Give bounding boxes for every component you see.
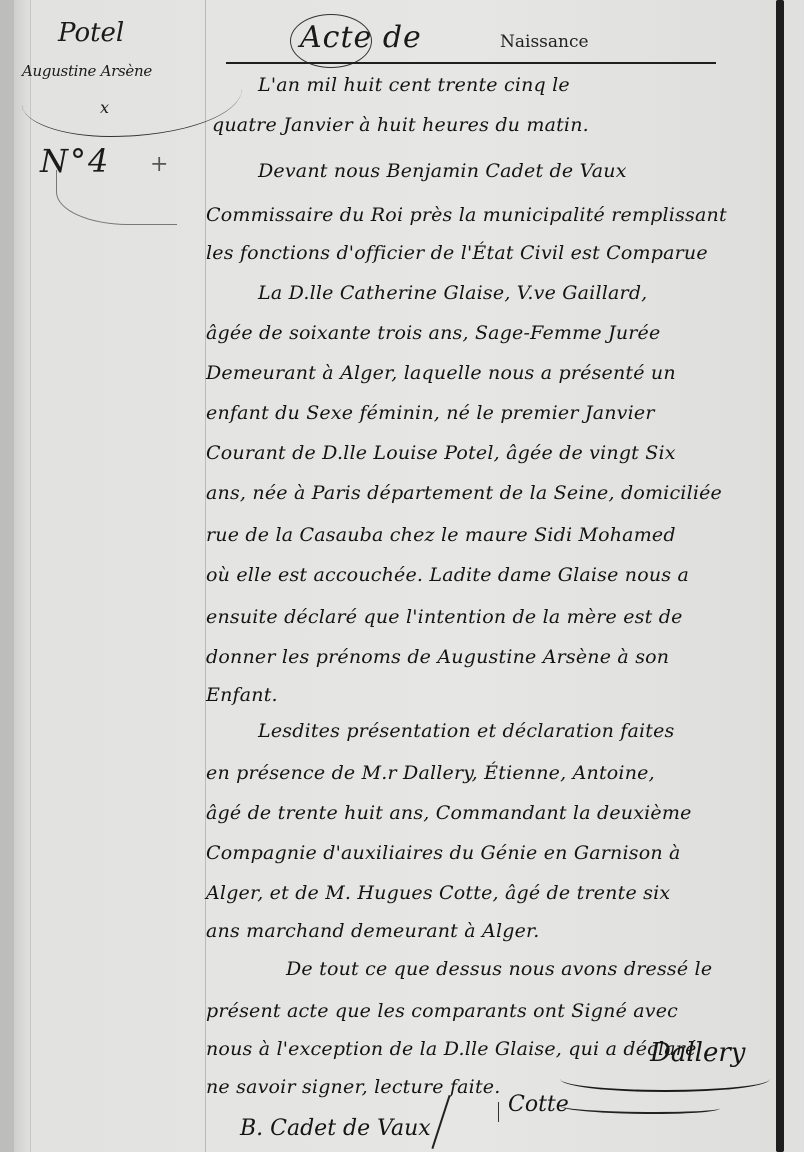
margin-surname: Potel xyxy=(58,18,124,48)
body-line: De tout ce que dessus nous avons dressé … xyxy=(286,958,712,980)
body-line: Lesdites présentation et déclaration fai… xyxy=(258,720,675,742)
body-line: les fonctions d'officier de l'État Civil… xyxy=(206,242,708,264)
body-line: Alger, et de M. Hugues Cotte, âgé de tre… xyxy=(206,882,670,904)
body-line: ans, née à Paris département de la Seine… xyxy=(206,482,722,504)
body-line: âgé de trente huit ans, Commandant la de… xyxy=(206,802,692,824)
scan-right-edge xyxy=(784,0,804,1152)
body-line: Commissaire du Roi près la municipalité … xyxy=(206,204,727,226)
body-line: donner les prénoms de Augustine Arsène à… xyxy=(206,646,669,668)
body-line: nous à l'exception de la D.lle Glaise, q… xyxy=(206,1038,697,1060)
body-line: ans marchand demeurant à Alger. xyxy=(206,920,539,942)
body-line: enfant du Sexe féminin, né le premier Ja… xyxy=(206,402,655,424)
signature-flourish xyxy=(560,1066,770,1092)
title-subtitle: Naissance xyxy=(500,32,589,52)
title-underline xyxy=(226,62,716,64)
scan-outer-edge xyxy=(0,0,14,1152)
body-line: Demeurant à Alger, laquelle nous a prése… xyxy=(206,362,676,384)
body-line: La D.lle Catherine Glaise, V.ve Gaillard… xyxy=(258,282,647,304)
body-line: Compagnie d'auxiliaires du Génie en Garn… xyxy=(206,842,681,864)
body-line: L'an mil huit cent trente cinq le xyxy=(258,74,570,96)
margin-cross-mark: x xyxy=(100,98,109,117)
body-line: où elle est accouchée. Ladite dame Glais… xyxy=(206,564,689,586)
signature-cotte: Cotte xyxy=(508,1092,569,1117)
signature-mark xyxy=(498,1102,507,1122)
body-line: Enfant. xyxy=(206,684,278,706)
body-line: ensuite déclaré que l'intention de la mè… xyxy=(206,606,683,628)
body-line: en présence de M.r Dallery, Étienne, Ant… xyxy=(206,762,655,784)
margin-plus-mark: + xyxy=(150,152,168,177)
body-line: âgée de soixante trois ans, Sage-Femme J… xyxy=(206,322,660,344)
body-line: Devant nous Benjamin Cadet de Vaux xyxy=(258,160,627,182)
body-line: Courant de D.lle Louise Potel, âgée de v… xyxy=(206,442,676,464)
signature-officer: B. Cadet de Vaux xyxy=(240,1116,431,1141)
body-line: rue de la Casauba chez le maure Sidi Moh… xyxy=(206,524,676,546)
body-line: présent acte que les comparants ont Sign… xyxy=(206,1000,678,1022)
body-line: ne savoir signer, lecture faite. xyxy=(206,1076,500,1098)
signature-dallery: Dallery xyxy=(650,1038,745,1068)
body-line: quatre Janvier à huit heures du matin. xyxy=(212,114,589,136)
title-main: Acte de xyxy=(300,20,422,55)
margin-given-names: Augustine Arsène xyxy=(22,62,152,80)
register-binding xyxy=(776,0,784,1152)
document-title: Acte de Naissance xyxy=(290,14,720,64)
record-number: N°4 xyxy=(40,142,110,180)
page-fold-line xyxy=(30,0,31,1152)
